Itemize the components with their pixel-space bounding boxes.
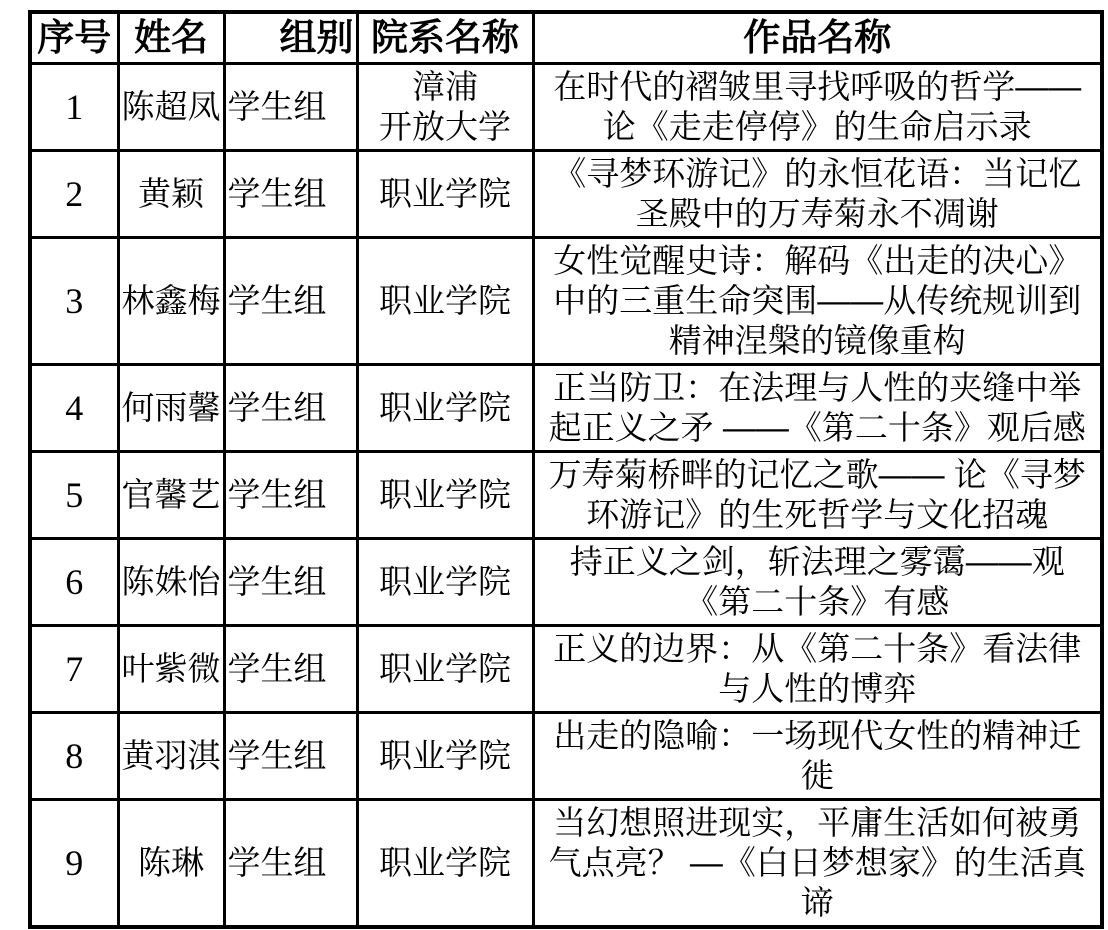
cell-work: 女性觉醒史诗：解码《出走的决心》 中的三重生命突围——从传统规训到 精神涅槃的镜… xyxy=(533,238,1102,365)
cell-name: 林鑫梅 xyxy=(118,238,224,365)
cell-dept: 职业学院 xyxy=(357,626,533,713)
cell-name: 陈琳 xyxy=(118,800,224,928)
cell-no: 1 xyxy=(30,64,118,151)
cell-group: 学生组 xyxy=(224,539,357,626)
cell-group: 学生组 xyxy=(224,626,357,713)
cell-dept: 职业学院 xyxy=(357,365,533,452)
cell-work: 《寻梦环游记》的永恒花语：当记忆 圣殿中的万寿菊永不凋谢 xyxy=(533,151,1102,238)
cell-work: 在时代的褶皱里寻找呼吸的哲学—— 论《走走停停》的生命启示录 xyxy=(533,64,1102,151)
cell-no: 8 xyxy=(30,713,118,800)
cell-no: 3 xyxy=(30,238,118,365)
cell-group: 学生组 xyxy=(224,151,357,238)
cell-work: 出走的隐喻：一场现代女性的精神迁 徙 xyxy=(533,713,1102,800)
header-work: 作品名称 xyxy=(533,12,1102,64)
table-row: 6 陈姝怡 学生组 职业学院 持正义之剑，斩法理之雾霭——观 《第二十条》有感 xyxy=(30,539,1102,626)
entries-table: 序号 姓名 组别 院系名称 作品名称 1 陈超凤 学生组 漳浦 开放大学 在时代… xyxy=(28,10,1104,929)
cell-dept: 职业学院 xyxy=(357,713,533,800)
cell-name: 黄羽淇 xyxy=(118,713,224,800)
cell-no: 2 xyxy=(30,151,118,238)
cell-name: 叶紫微 xyxy=(118,626,224,713)
cell-dept: 职业学院 xyxy=(357,452,533,539)
cell-name: 陈超凤 xyxy=(118,64,224,151)
cell-work: 当幻想照进现实，平庸生活如何被勇 气点亮？ —《白日梦想家》的生活真 谛 xyxy=(533,800,1102,928)
cell-dept: 职业学院 xyxy=(357,539,533,626)
header-group: 组别 xyxy=(224,12,357,64)
table-row: 2 黄颖 学生组 职业学院 《寻梦环游记》的永恒花语：当记忆 圣殿中的万寿菊永不… xyxy=(30,151,1102,238)
cell-work: 持正义之剑，斩法理之雾霭——观 《第二十条》有感 xyxy=(533,539,1102,626)
cell-group: 学生组 xyxy=(224,238,357,365)
cell-name: 黄颖 xyxy=(118,151,224,238)
cell-group: 学生组 xyxy=(224,800,357,928)
table-row: 1 陈超凤 学生组 漳浦 开放大学 在时代的褶皱里寻找呼吸的哲学—— 论《走走停… xyxy=(30,64,1102,151)
cell-no: 9 xyxy=(30,800,118,928)
cell-group: 学生组 xyxy=(224,64,357,151)
cell-group: 学生组 xyxy=(224,365,357,452)
cell-group: 学生组 xyxy=(224,452,357,539)
document-page: 序号 姓名 组别 院系名称 作品名称 1 陈超凤 学生组 漳浦 开放大学 在时代… xyxy=(0,0,1108,930)
table-row: 8 黄羽淇 学生组 职业学院 出走的隐喻：一场现代女性的精神迁 徙 xyxy=(30,713,1102,800)
cell-group: 学生组 xyxy=(224,713,357,800)
cell-name: 官馨艺 xyxy=(118,452,224,539)
cell-no: 4 xyxy=(30,365,118,452)
header-name: 姓名 xyxy=(118,12,224,64)
table-row: 3 林鑫梅 学生组 职业学院 女性觉醒史诗：解码《出走的决心》 中的三重生命突围… xyxy=(30,238,1102,365)
cell-dept: 职业学院 xyxy=(357,800,533,928)
cell-dept: 漳浦 开放大学 xyxy=(357,64,533,151)
header-no: 序号 xyxy=(30,12,118,64)
cell-work: 正义的边界：从《第二十条》看法律 与人性的博弈 xyxy=(533,626,1102,713)
table-body: 1 陈超凤 学生组 漳浦 开放大学 在时代的褶皱里寻找呼吸的哲学—— 论《走走停… xyxy=(30,64,1102,928)
header-row: 序号 姓名 组别 院系名称 作品名称 xyxy=(30,12,1102,64)
cell-dept: 职业学院 xyxy=(357,151,533,238)
table-row: 7 叶紫微 学生组 职业学院 正义的边界：从《第二十条》看法律 与人性的博弈 xyxy=(30,626,1102,713)
cell-no: 7 xyxy=(30,626,118,713)
cell-work: 万寿菊桥畔的记忆之歌—— 论《寻梦 环游记》的生死哲学与文化招魂 xyxy=(533,452,1102,539)
cell-dept: 职业学院 xyxy=(357,238,533,365)
table-row: 4 何雨馨 学生组 职业学院 正当防卫：在法理与人性的夹缝中举 起正义之矛 ——… xyxy=(30,365,1102,452)
cell-name: 何雨馨 xyxy=(118,365,224,452)
cell-name: 陈姝怡 xyxy=(118,539,224,626)
cell-no: 5 xyxy=(30,452,118,539)
header-dept: 院系名称 xyxy=(357,12,533,64)
table-row: 9 陈琳 学生组 职业学院 当幻想照进现实，平庸生活如何被勇 气点亮？ —《白日… xyxy=(30,800,1102,928)
cell-no: 6 xyxy=(30,539,118,626)
cell-work: 正当防卫：在法理与人性的夹缝中举 起正义之矛 ——《第二十条》观后感 xyxy=(533,365,1102,452)
table-row: 5 官馨艺 学生组 职业学院 万寿菊桥畔的记忆之歌—— 论《寻梦 环游记》的生死… xyxy=(30,452,1102,539)
